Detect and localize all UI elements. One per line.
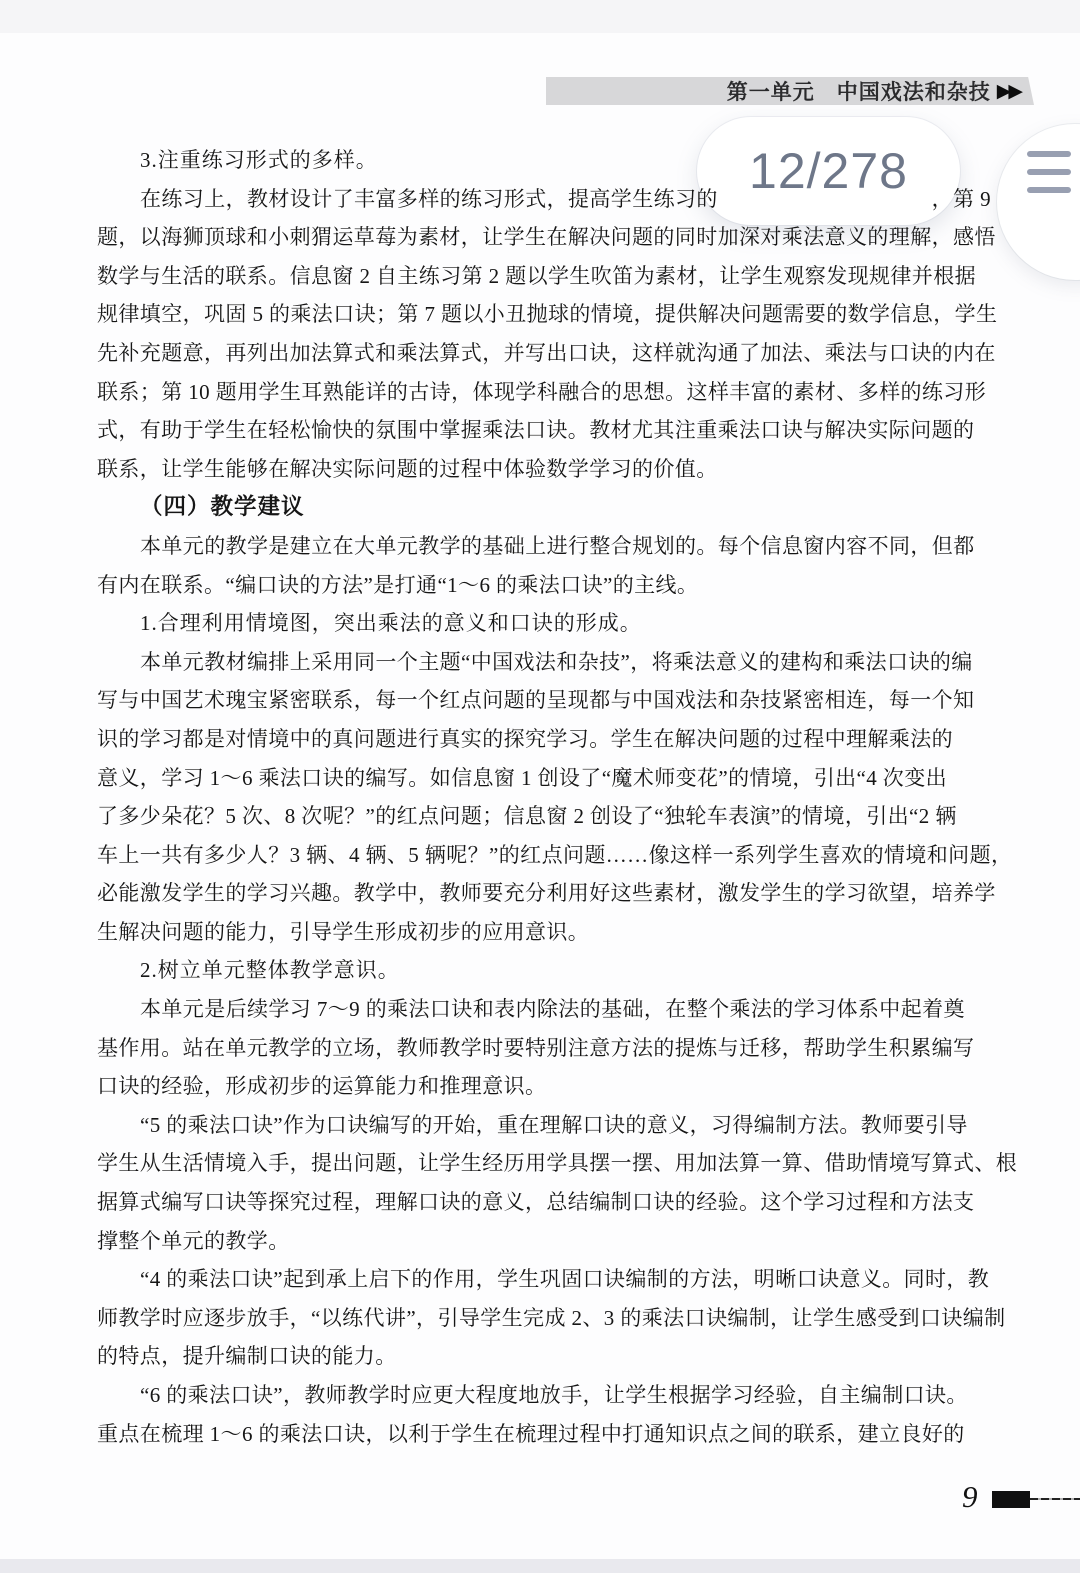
text-line: 3.注重练习形式的多样。 bbox=[97, 141, 991, 180]
text-line: 有内在联系。“编口诀的方法”是打通“1～6 的乘法口诀”的主线。 bbox=[97, 566, 991, 605]
hamburger-icon bbox=[1027, 187, 1071, 193]
text-line: 本单元教材编排上采用同一个主题“中国戏法和杂技”，将乘法意义的建构和乘法口诀的编 bbox=[97, 643, 991, 682]
text-line: 2.树立单元整体教学意识。 bbox=[97, 951, 991, 990]
text-line: 规律填空，巩固 5 的乘法口诀；第 7 题以小丑抛球的情境，提供解决问题需要的数… bbox=[97, 295, 991, 334]
text-line: 重点在梳理 1～6 的乘法口诀，以利于学生在梳理过程中打通知识点之间的联系，建立… bbox=[97, 1415, 991, 1454]
text-line: （四）教学建议 bbox=[97, 488, 991, 527]
text-line: 据算式编写口诀等探究过程，理解口诀的意义，总结编制口诀的经验。这个学习过程和方法… bbox=[97, 1183, 991, 1222]
text-line: 口诀的经验，形成初步的运算能力和推理意识。 bbox=[97, 1067, 991, 1106]
double-arrow-icon: ▶▶ bbox=[997, 82, 1020, 101]
hamburger-icon bbox=[1027, 169, 1071, 175]
printer-mark-rule bbox=[1030, 1498, 1080, 1500]
bottom-strip bbox=[0, 1559, 1080, 1573]
printer-mark bbox=[992, 1491, 1030, 1508]
text-line: “6 的乘法口诀”，教师教学时应更大程度地放手，让学生根据学习经验，自主编制口诀… bbox=[97, 1376, 991, 1415]
chapter-title: 第一单元 中国戏法和杂技 bbox=[727, 76, 991, 106]
reader-page: 第一单元 中国戏法和杂技 ▶▶ 12/278 3.注重练习形式的多样。在练习上，… bbox=[0, 0, 1080, 1573]
text-line: 先补充题意，再列出加法算式和乘法算式，并写出口诀，这样就沟通了加法、乘法与口诀的… bbox=[97, 334, 991, 373]
text-line: 题，以海狮顶球和小刺猬运草莓为素材，让学生在解决问题的同时加深对乘法意义的理解，… bbox=[97, 218, 991, 257]
text-line: 学生从生活情境入手，提出问题，让学生经历用学具摆一摆、用加法算一算、借助情境写算… bbox=[97, 1144, 991, 1183]
text-line: 在练习上，教材设计了丰富多样的练习形式，提高学生练习的，第 9 bbox=[97, 180, 991, 219]
text-line: 写与中国艺术瑰宝紧密联系，每一个红点问题的呈现都与中国戏法和杂技紧密相连，每一个… bbox=[97, 681, 991, 720]
top-strip bbox=[0, 0, 1080, 33]
folio-page-number: 9 bbox=[962, 1479, 978, 1515]
text-line: 联系；第 10 题用学生耳熟能详的古诗，体现学科融合的思想。这样丰富的素材、多样… bbox=[97, 373, 991, 412]
text-line: 本单元的教学是建立在大单元教学的基础上进行整合规划的。每个信息窗内容不同，但都 bbox=[97, 527, 991, 566]
text-line: 了多少朵花？5 次、8 次呢？”的红点问题；信息窗 2 创设了“独轮车表演”的情… bbox=[97, 797, 991, 836]
document-body: 3.注重练习形式的多样。在练习上，教材设计了丰富多样的练习形式，提高学生练习的，… bbox=[97, 141, 991, 1453]
text-line: 生解决问题的能力，引导学生形成初步的应用意识。 bbox=[97, 913, 991, 952]
text-line: 联系，让学生能够在解决实际问题的过程中体验数学学习的价值。 bbox=[97, 450, 991, 489]
text-line: 式，有助于学生在轻松愉快的氛围中掌握乘法口诀。教材尤其注重乘法口诀与解决实际问题… bbox=[97, 411, 991, 450]
text-line: 车上一共有多少人？3 辆、4 辆、5 辆呢？”的红点问题……像这样一系列学生喜欢… bbox=[97, 836, 991, 875]
hamburger-icon bbox=[1027, 151, 1071, 157]
text-line: 识的学习都是对情境中的真问题进行真实的探究学习。学生在解决问题的过程中理解乘法的 bbox=[97, 720, 991, 759]
text-line: “4 的乘法口诀”起到承上启下的作用，学生巩固口诀编制的方法，明晰口诀意义。同时… bbox=[97, 1260, 991, 1299]
text-line: 师教学时应逐步放手，“以练代讲”，引导学生完成 2、3 的乘法口诀编制，让学生感… bbox=[97, 1299, 991, 1338]
page-footer: 9 bbox=[962, 1477, 1080, 1517]
text-line: 本单元是后续学习 7～9 的乘法口诀和表内除法的基础，在整个乘法的学习体系中起着… bbox=[97, 990, 991, 1029]
chapter-header-bar: 第一单元 中国戏法和杂技 ▶▶ bbox=[546, 77, 1034, 105]
text-line: 基作用。站在单元教学的立场，教师教学时要特别注意方法的提炼与迁移，帮助学生积累编… bbox=[97, 1029, 991, 1068]
text-line: 数学与生活的联系。信息窗 2 自主练习第 2 题以学生吹笛为素材，让学生观察发现… bbox=[97, 257, 991, 296]
text-line: 撑整个单元的教学。 bbox=[97, 1222, 991, 1261]
text-line: 必能激发学生的学习兴趣。教学中，教师要充分利用好这些素材，激发学生的学习欲望，培… bbox=[97, 874, 991, 913]
text-line: 意义，学习 1～6 乘法口诀的编写。如信息窗 1 创设了“魔术师变花”的情境，引… bbox=[97, 759, 991, 798]
menu-button[interactable] bbox=[997, 124, 1080, 280]
text-line: 1.合理利用情境图，突出乘法的意义和口诀的形成。 bbox=[97, 604, 991, 643]
text-line: 的特点，提升编制口诀的能力。 bbox=[97, 1337, 991, 1376]
text-line: “5 的乘法口诀”作为口诀编写的开始，重在理解口诀的意义，习得编制方法。教师要引… bbox=[97, 1106, 991, 1145]
